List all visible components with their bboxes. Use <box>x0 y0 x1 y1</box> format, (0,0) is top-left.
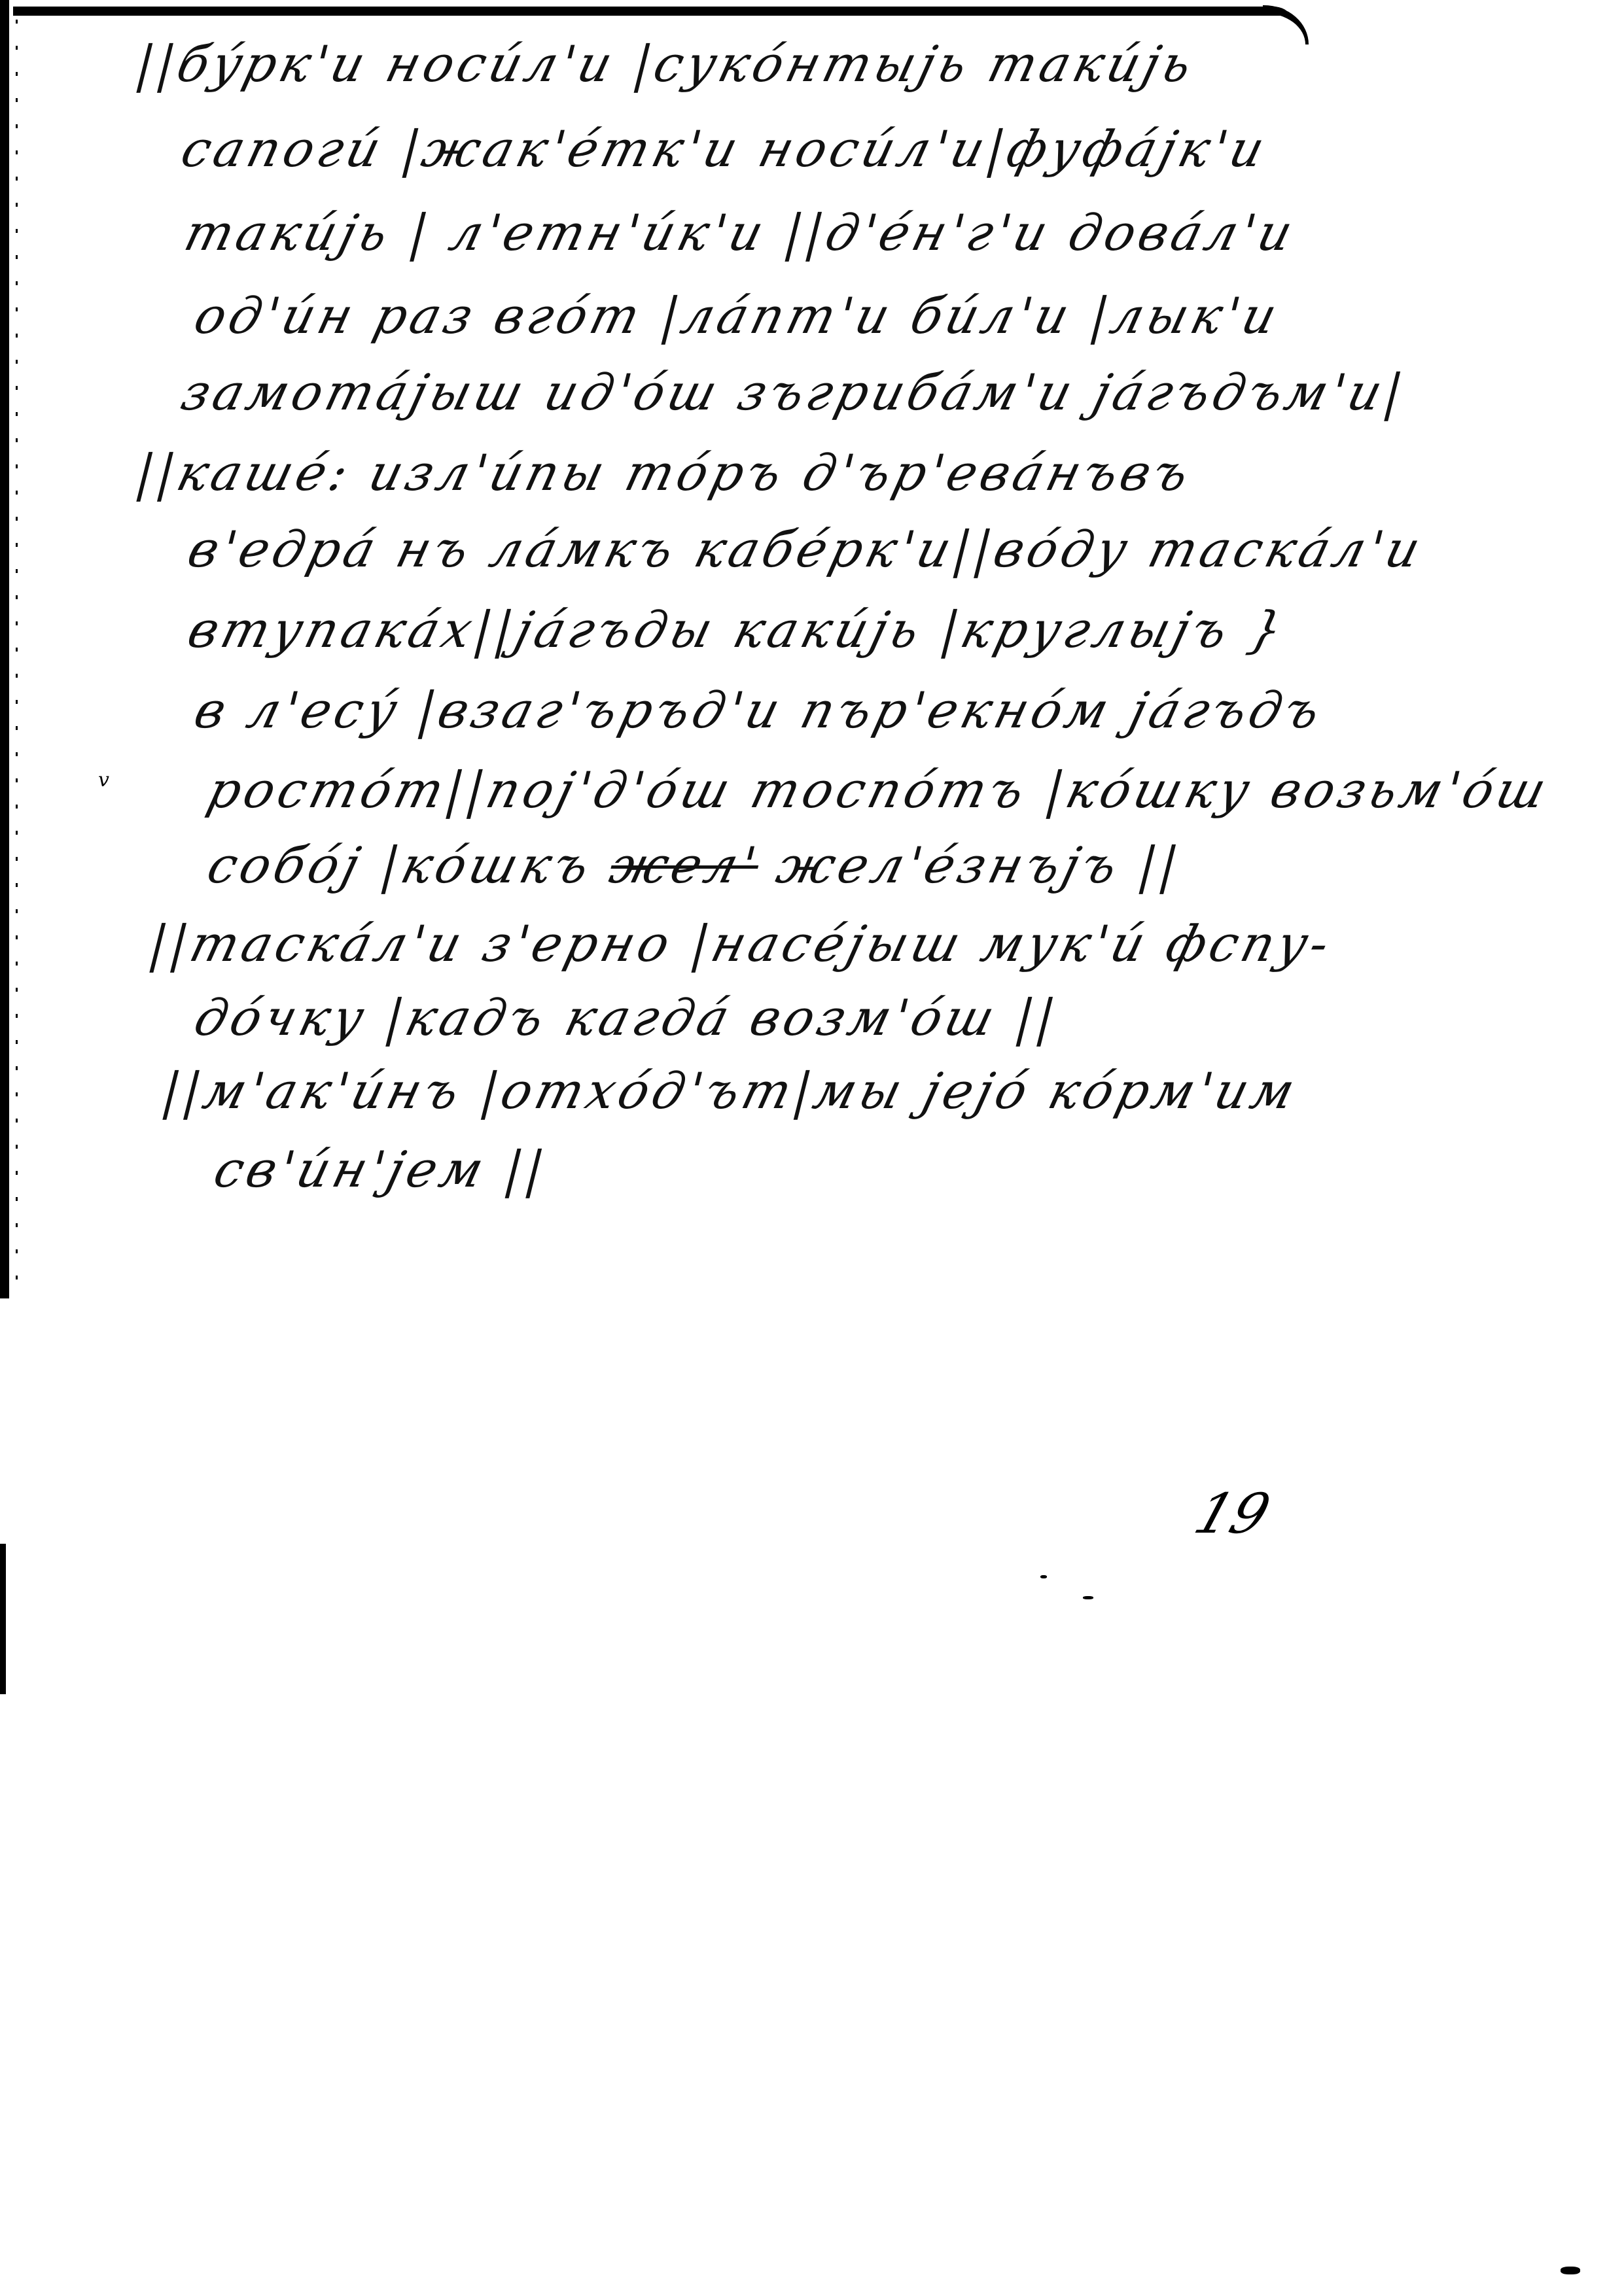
struck-text: жел' <box>605 836 766 894</box>
text-segment: собóј |кóшкъ <box>202 836 619 894</box>
text-line-12: ||таскáл'и з'ерно |насéјыш мук'ú фспу- <box>144 919 1338 969</box>
page-number: 19 <box>1187 1482 1278 1546</box>
text-line-15: св'úн'јем || <box>209 1145 553 1194</box>
scan-border-top <box>13 7 1289 16</box>
text-line-3: такúјь | л'етн'úк'и ||д'éн'г'и довáл'и <box>180 208 1301 258</box>
text-line-7: в'едрá нъ лáмкъ кабéрк'и||вóду таскáл'и <box>183 525 1429 574</box>
text-line-11: собóј |кóшкъ жел' жел'éзнъјъ || <box>203 841 1187 890</box>
scan-border-left <box>0 0 9 1298</box>
scan-speck <box>1040 1575 1047 1578</box>
text-line-9: в л'есý |взаг'ъръд'и пър'екнóм јáгъдъ <box>190 686 1329 735</box>
manuscript-page: v ||бýрк'и носúл'и |сукóнтыјь такúјь сап… <box>0 0 1607 2296</box>
text-line-13: дóчку |кадъ кагдá возм'óш || <box>190 993 1064 1043</box>
text-line-10: ростóт||пој'д'óш тоспóтъ |кóшку возьм'óш <box>203 765 1555 815</box>
text-segment: жел'éзнъјъ || <box>751 836 1188 894</box>
text-line-6: ||кашé: изл'úпы тóръ д'ър'евáнъвъ <box>131 448 1197 498</box>
scan-border-corner <box>1263 5 1309 44</box>
text-line-4: од'úн раз вгóт |лáпт'и бúл'и |лык'и <box>190 291 1285 341</box>
scan-speck <box>1561 2267 1580 2274</box>
text-line-2: сапогú |жак'éтк'и носúл'и|фуфáјк'и <box>177 124 1273 174</box>
text-line-14: ||м'ак'úнъ |отхóд'ът|мы јејó кóрм'им <box>157 1066 1303 1116</box>
scan-speck <box>1083 1596 1093 1599</box>
scan-border-left-lower <box>0 1544 6 1694</box>
text-line-5: замотáјыш ид'óш зъгрибáм'и јáгъдъм'и| <box>177 368 1411 417</box>
scan-border-left-dashes <box>16 20 18 1295</box>
text-line-1: ||бýрк'и носúл'и |сукóнтыјь такúјь <box>131 39 1200 89</box>
text-line-8: втупакáх||јáгъды какúјь |круглыјъ } <box>183 605 1292 655</box>
margin-checkmark: v <box>98 769 109 791</box>
